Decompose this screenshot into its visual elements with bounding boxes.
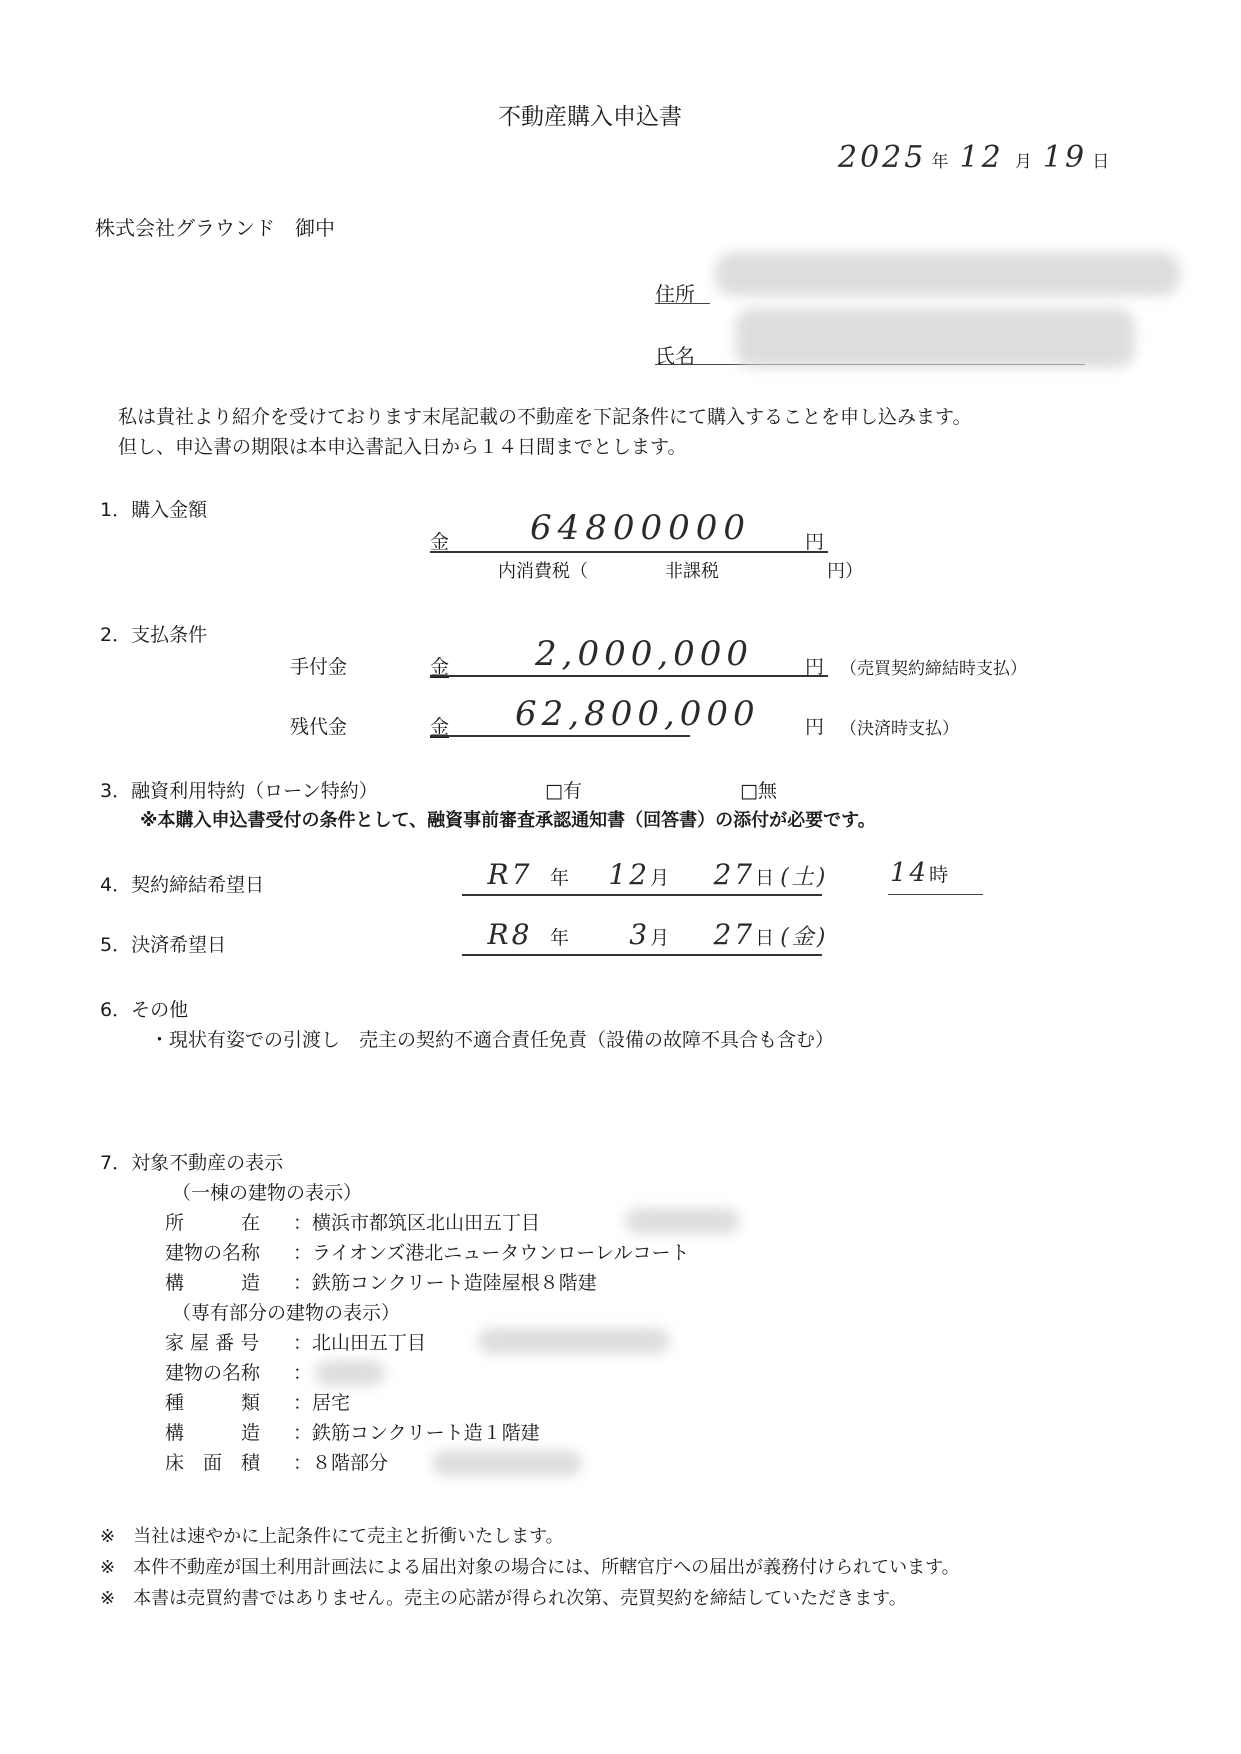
address-underline <box>655 303 710 304</box>
settlement-day: 27 <box>675 918 755 951</box>
document-title: 不動産購入申込書 <box>498 98 682 131</box>
settlement-weekday: (金) <box>780 925 828 950</box>
contract-day: 27 <box>675 858 755 891</box>
date-year: 2025 <box>838 140 926 175</box>
section2-heading: 2．支払条件 <box>100 620 207 647</box>
balance-underline <box>430 735 690 737</box>
section1-prefix: 金 <box>430 527 449 554</box>
tax-note-open: 内消費税（ <box>498 557 588 583</box>
loan-requirement-note: ※本購入申込書受付の条件として、融資事前審査承認通知書（回答書）の添付が必要です… <box>140 806 876 832</box>
checkbox-icon[interactable]: □ <box>740 780 758 802</box>
settlement-era-year: R8 <box>470 918 550 951</box>
checkbox-icon[interactable]: □ <box>545 780 563 802</box>
building-row-name: 建物の名称：ライオンズ港北ニュータウンローレルコート <box>165 1238 689 1265</box>
unit-row-type: 種 類：居宅 <box>165 1388 350 1415</box>
deposit-label: 手付金 <box>290 652 347 679</box>
loan-option-no[interactable]: □無 <box>740 776 777 803</box>
balance-amount: 62,800,000 <box>515 694 760 734</box>
address-redacted <box>715 252 1180 296</box>
building-header: （一棟の建物の表示） <box>172 1178 362 1205</box>
deposit-note: （売買契約締結時支払） <box>840 654 1027 679</box>
contract-hour-underline <box>888 894 983 895</box>
deposit-amount: 2,000,000 <box>535 634 753 674</box>
section5-heading: 5．決済希望日 <box>100 930 226 957</box>
intro-line-2: 但し、申込書の期限は本申込書記入日から１４日間までとします。 <box>118 432 686 459</box>
purchase-amount: 64800000 <box>530 508 751 548</box>
tax-note-close: 円） <box>827 557 863 583</box>
balance-note: （決済時支払） <box>840 714 959 739</box>
deposit-underline <box>430 675 828 677</box>
contract-date-underline <box>462 894 822 896</box>
balance-unit: 円 <box>805 712 824 739</box>
balance-label: 残代金 <box>290 712 347 739</box>
section7-heading: 7．対象不動産の表示 <box>100 1148 283 1175</box>
section6-heading: 6．その他 <box>100 995 188 1022</box>
application-date: 2025 年 12 月 19 日 <box>838 140 1109 175</box>
contract-era-year: R7 <box>470 858 550 891</box>
unit-row-floor-area: 床 面 積：８階部分 <box>165 1448 388 1475</box>
building-row-structure: 構 造：鉄筋コンクリート造陸屋根８階建 <box>165 1268 597 1295</box>
section1-heading: 1．購入金額 <box>100 495 207 522</box>
settlement-date-underline <box>462 954 822 956</box>
unit-name-redacted <box>315 1360 385 1386</box>
unit-header: （専有部分の建物の表示） <box>172 1298 400 1325</box>
loan-option-yes[interactable]: □有 <box>545 776 582 803</box>
settlement-month: 3 <box>575 918 650 951</box>
unit-row-structure: 構 造：鉄筋コンクリート造１階建 <box>165 1418 540 1445</box>
intro-line-1: 私は貴社より紹介を受けております末尾記載の不動産を下記条件にて購入することを申し… <box>118 402 971 429</box>
section6-item: ・現状有姿での引渡し 売主の契約不適合責任免責（設備の故障不具合も含む） <box>150 1025 834 1052</box>
contract-weekday: (土) <box>780 865 828 890</box>
building-row-location: 所 在：横浜市都筑区北山田五丁目 <box>165 1208 540 1235</box>
tax-note-value: 非課税 <box>665 557 719 583</box>
unit-row-house-number: 家 屋 番 号：北山田五丁目 <box>165 1328 426 1355</box>
footnote-2: ※ 本件不動産が国土利用計画法による届出対象の場合には、所轄官庁への届出が義務付… <box>100 1553 960 1579</box>
date-month: 12 <box>960 140 1004 175</box>
settlement-date: R8年 3月 27日 (金) <box>470 918 828 951</box>
date-day: 19 <box>1043 140 1087 175</box>
house-number-redacted <box>478 1328 670 1354</box>
location-redacted <box>625 1208 740 1234</box>
amount-underline <box>430 551 828 553</box>
floor-area-redacted <box>432 1450 582 1476</box>
unit-row-name: 建物の名称： <box>165 1358 312 1385</box>
section4-heading: 4．契約締結希望日 <box>100 870 264 897</box>
section1-unit: 円 <box>805 527 824 554</box>
section3-heading: 3．融資利用特約（ローン特約） <box>100 776 378 803</box>
addressee: 株式会社グラウンド 御中 <box>95 212 335 241</box>
name-redacted <box>735 308 1135 368</box>
contract-date: R7年 12月 27日 (土) <box>470 858 828 891</box>
contract-hour: 14時 <box>890 858 948 888</box>
contract-month: 12 <box>575 858 650 891</box>
footnote-1: ※ 当社は速やかに上記条件にて売主と折衝いたします。 <box>100 1522 564 1548</box>
footnote-3: ※ 本書は売買約書ではありません。売主の応諾が得られ次第、売買契約を締結していた… <box>100 1584 907 1610</box>
